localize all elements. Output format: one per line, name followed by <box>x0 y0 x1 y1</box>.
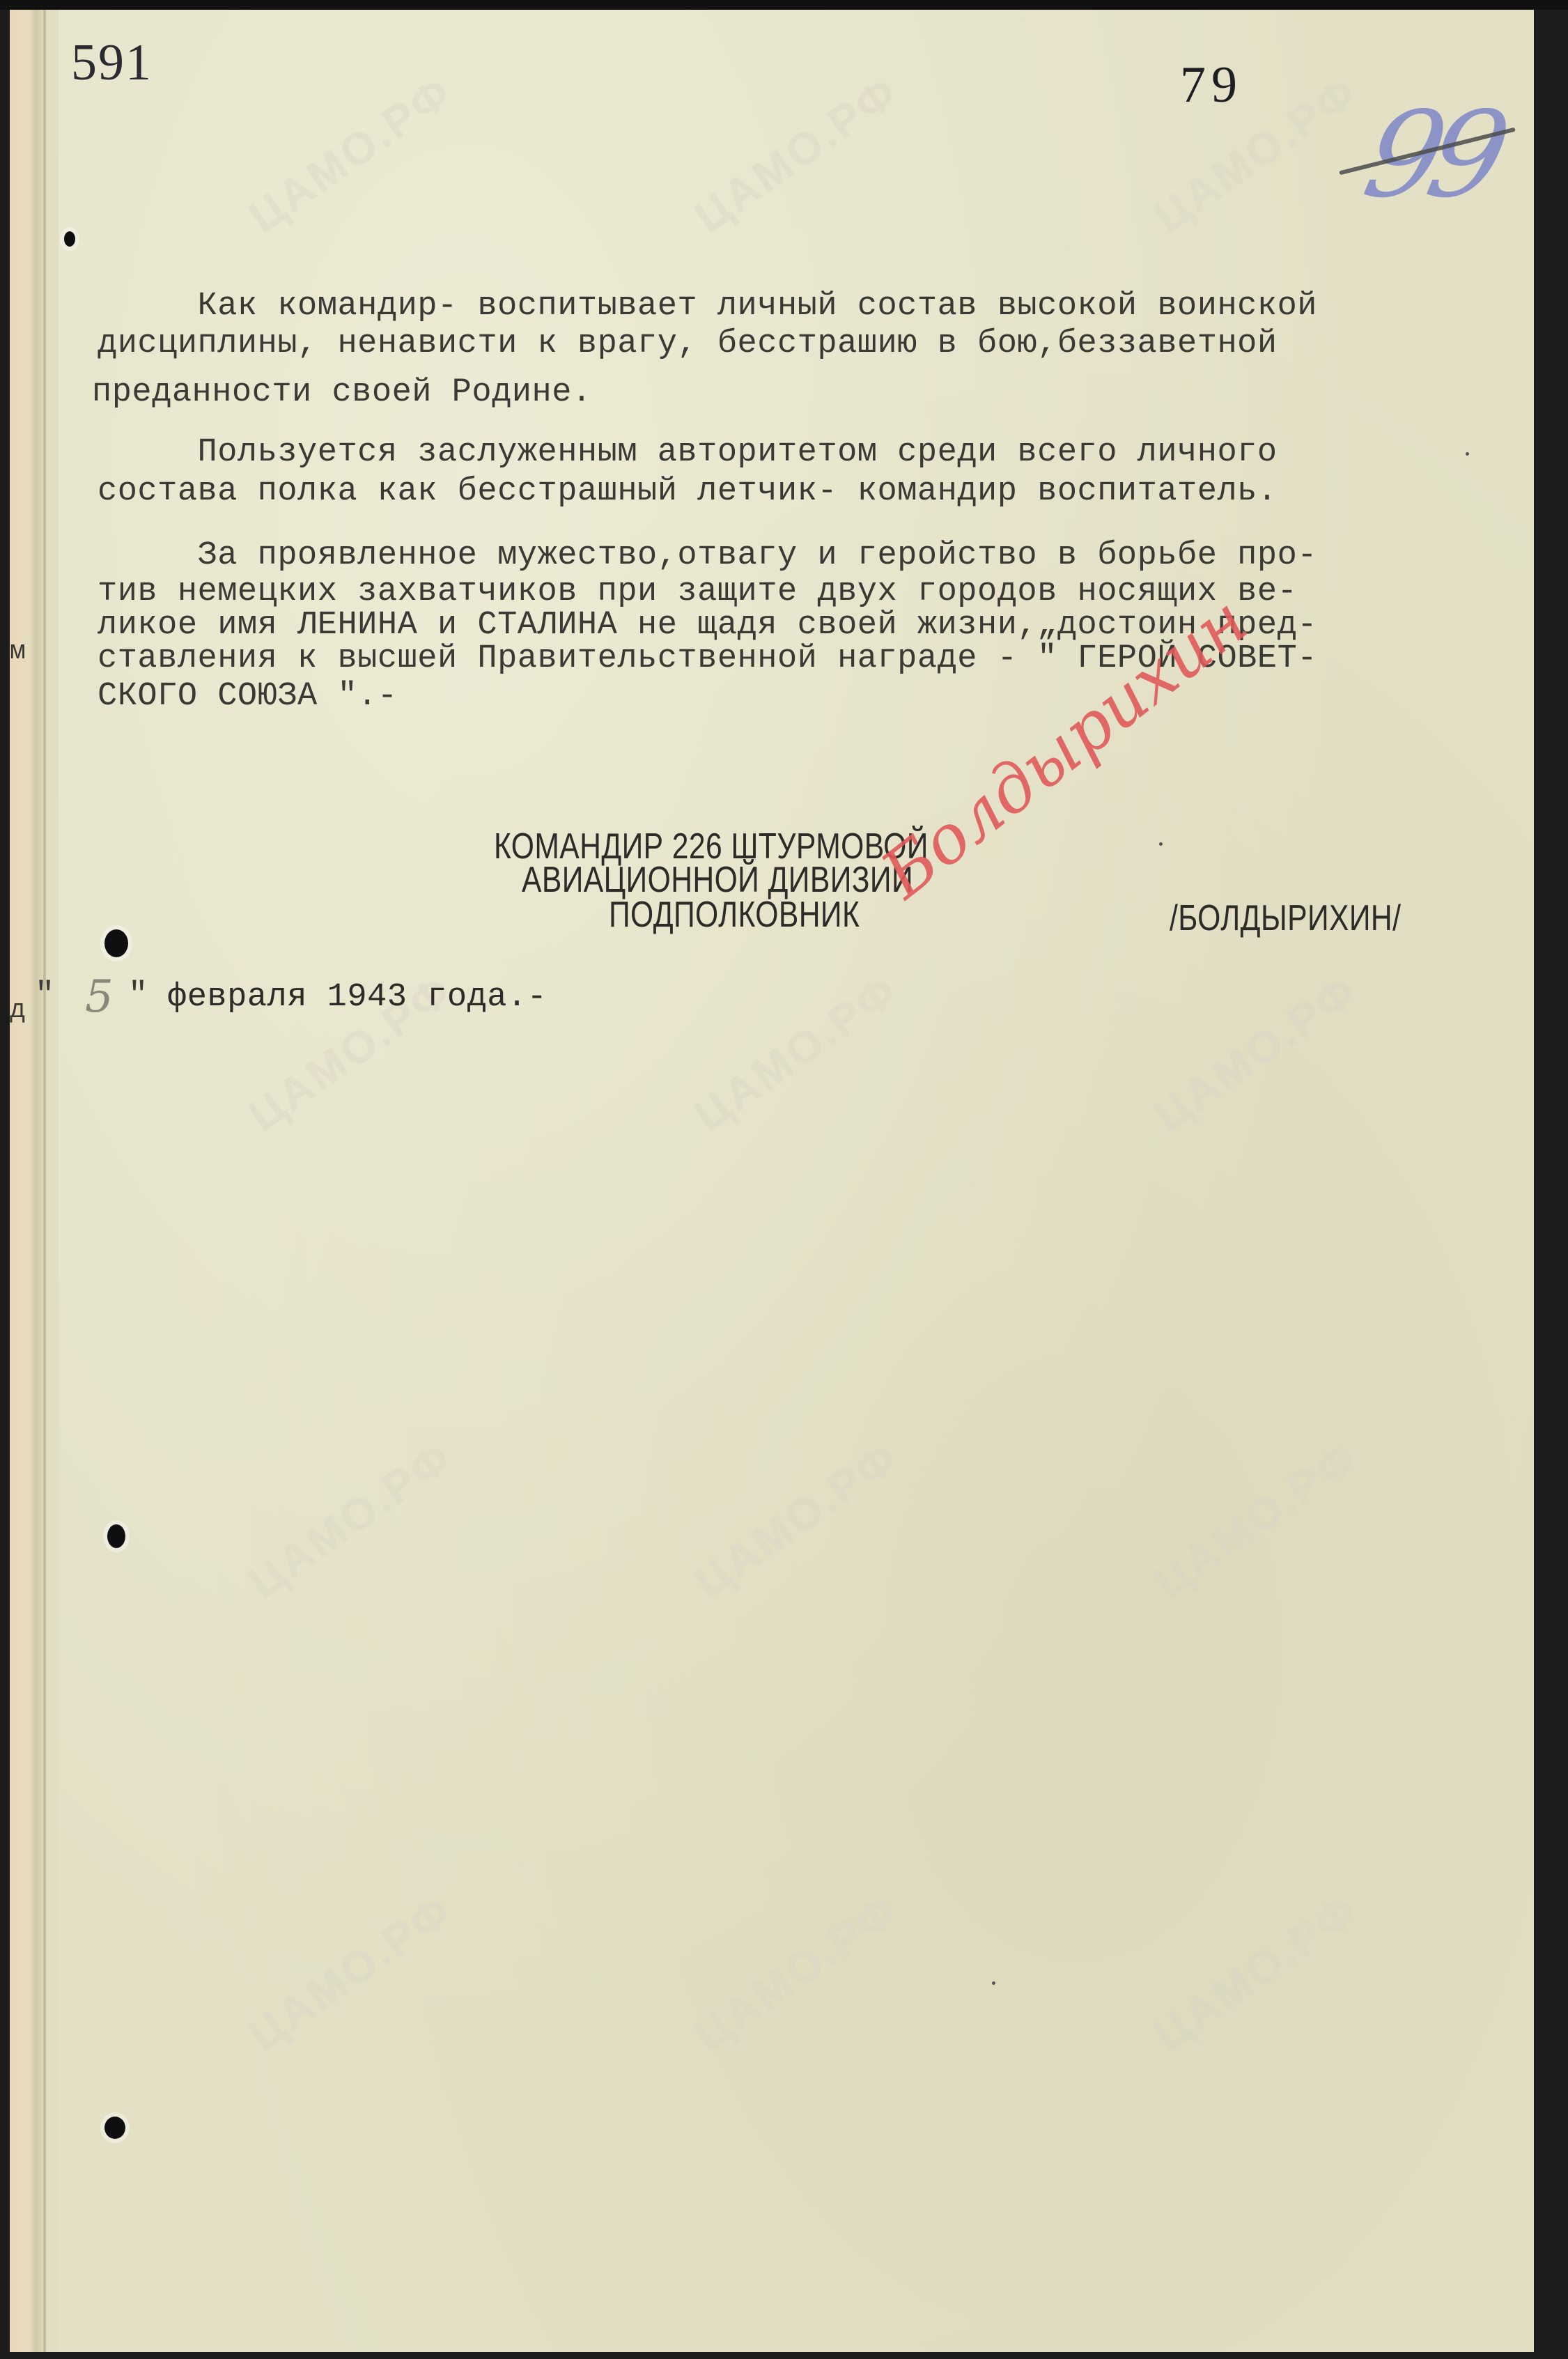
watermark: ЦАМО.РФ <box>685 1884 908 2062</box>
margin-fragment: м <box>10 637 26 667</box>
paper-speck <box>992 1981 995 1985</box>
watermark: ЦАМО.РФ <box>239 1431 462 1609</box>
punch-hole <box>104 2117 125 2139</box>
page-number-79: 79 <box>1180 56 1243 115</box>
archive-number-591: 591 <box>71 33 153 93</box>
paragraph-3-line-1: За проявленное мужество,отвагу и геройст… <box>98 539 1317 572</box>
punch-hole <box>64 231 75 247</box>
binding-strip <box>10 10 59 2352</box>
watermark: ЦАМО.РФ <box>685 65 908 243</box>
paragraph-1-line-1: Как командир- воспитывает личный состав … <box>98 290 1317 323</box>
paper-speck <box>1466 452 1469 456</box>
watermark: ЦАМО.РФ <box>239 1884 462 2062</box>
date-close-quote: " <box>128 980 148 1012</box>
paragraph-3-line-2: тив немецких захватчиков при защите двух… <box>98 575 1297 608</box>
margin-fragment: д <box>10 996 26 1026</box>
watermark: ЦАМО.РФ <box>1144 964 1367 1142</box>
scan-top-border <box>0 0 1568 10</box>
signature-title-line-3: ПОДПОЛКОВНИК <box>609 897 860 933</box>
document-page: ЦАМО.РФ ЦАМО.РФ ЦАМО.РФ ЦАМО.РФ ЦАМО.РФ … <box>10 10 1534 2352</box>
date-text: февраля 1943 года.- <box>167 981 547 1014</box>
binding-fold-line <box>43 10 46 2352</box>
signature-title-line-2: АВИАЦИОННОЙ ДИВИЗИИ <box>522 862 913 898</box>
paragraph-3-line-5: СКОГО СОЮЗА ".- <box>98 680 398 713</box>
punch-hole <box>104 929 128 957</box>
date-open-quote: " <box>35 980 55 1012</box>
signatory-name: /БОЛДЫРИХИН/ <box>1170 900 1401 936</box>
paragraph-1-line-2: дисциплины, ненависти к врагу, бесстраши… <box>98 327 1278 360</box>
watermark: ЦАМО.РФ <box>1144 1884 1367 2062</box>
paragraph-3-line-3: ликое имя ЛЕНИНА и СТАЛИНА не щадя своей… <box>98 609 1317 642</box>
paragraph-2-line-2: состава полка как бесстрашный летчик- ко… <box>98 475 1278 508</box>
paragraph-1-line-3: преданности своей Родине. <box>92 376 592 409</box>
punch-hole <box>107 1524 125 1548</box>
watermark: ЦАМО.РФ <box>685 964 908 1142</box>
watermark: ЦАМО.РФ <box>239 65 462 243</box>
handwritten-page-number: 99 <box>1353 86 1508 224</box>
watermark: ЦАМО.РФ <box>685 1431 908 1609</box>
paragraph-2-line-1: Пользуется заслуженным авторитетом среди… <box>98 436 1278 469</box>
watermark: ЦАМО.РФ <box>1144 65 1367 243</box>
watermark: ЦАМО.РФ <box>1144 1431 1367 1609</box>
date-day-handwritten: 5 <box>85 971 114 1023</box>
paper-speck <box>1159 842 1163 846</box>
